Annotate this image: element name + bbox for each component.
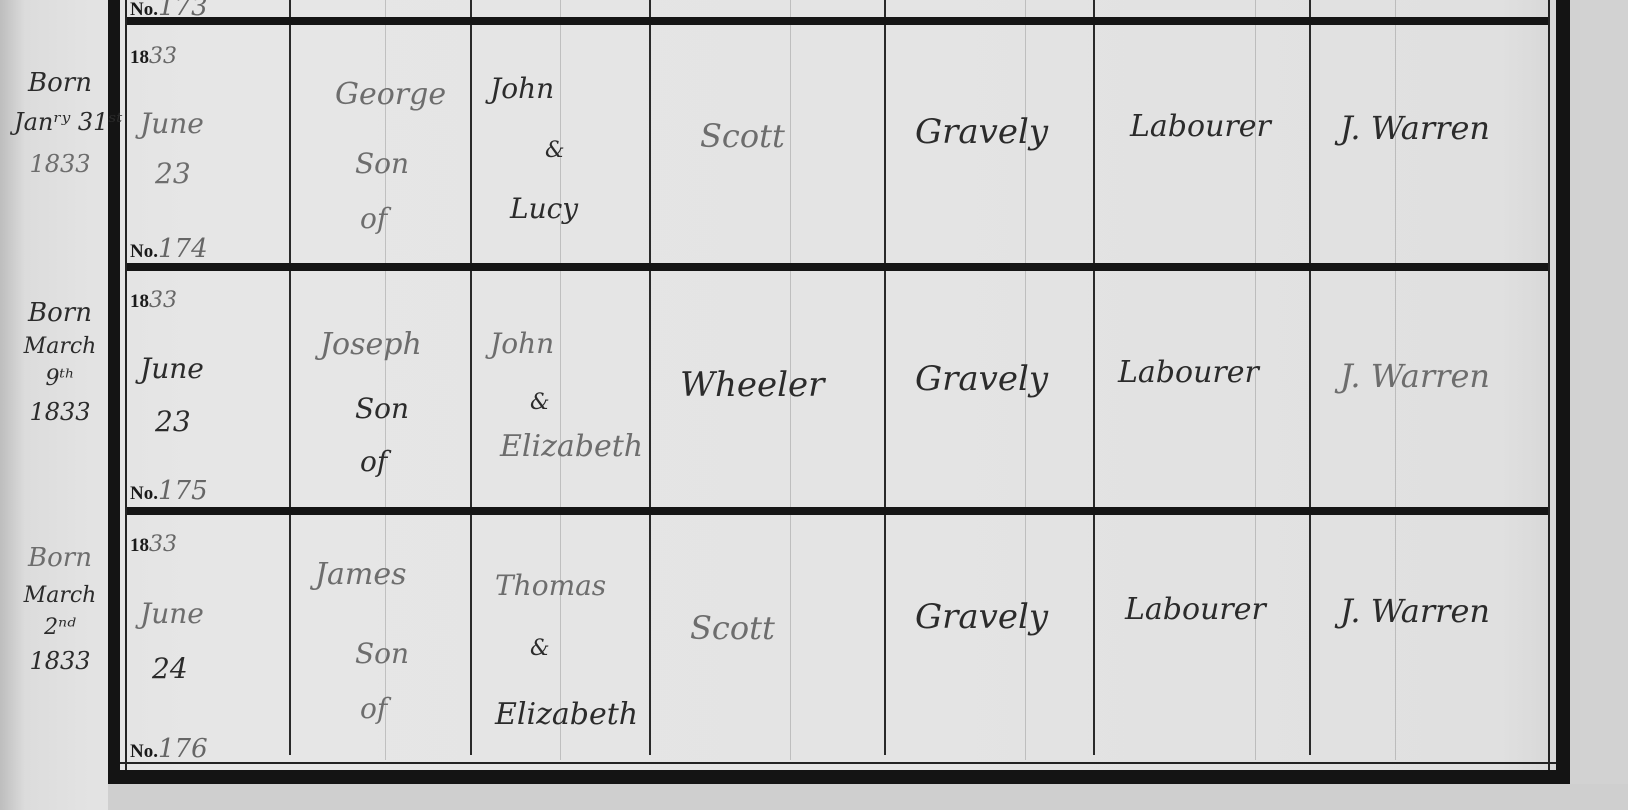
abode: Gravely (915, 115, 1048, 149)
born-label: Born (14, 300, 106, 326)
relation-son: Son (355, 395, 409, 423)
right-margin (1570, 0, 1628, 810)
birth-month: March (14, 585, 106, 607)
column-divider (1309, 0, 1311, 755)
officiant: J. Warren (1340, 595, 1490, 627)
and-mark: & (530, 392, 550, 414)
child-name: George (335, 80, 446, 110)
relation-of: of (360, 695, 387, 723)
officiant: J. Warren (1340, 112, 1490, 144)
father-name: John (490, 330, 554, 358)
page-edge (108, 784, 1628, 810)
baptism-month: June (140, 600, 204, 628)
relation-son: Son (355, 150, 409, 178)
baptism-day: 23 (155, 160, 191, 188)
mother-name: Lucy (510, 195, 578, 223)
and-mark: & (530, 638, 550, 660)
abode: Gravely (915, 362, 1048, 396)
baptism-day: 23 (155, 408, 191, 436)
occupation: Labourer (1130, 112, 1271, 142)
entry-number-cell: No.176 (130, 734, 208, 764)
baptism-day: 24 (152, 655, 188, 683)
column-divider (289, 0, 291, 755)
right-border-thin (1548, 0, 1550, 770)
margin-birth-note: Born Janʳʸ 31ˢᵗ 1833 (14, 70, 106, 186)
year-cell: 1833 (130, 288, 177, 313)
birth-day: 9ᵗʰ (14, 368, 106, 390)
row-separator (127, 17, 1548, 25)
row-separator (127, 507, 1548, 515)
margin-birth-note: Born March 9ᵗʰ 1833 (14, 300, 106, 434)
birth-date: Janʳʸ 31ˢᵗ (14, 110, 106, 134)
left-border-thin (125, 0, 127, 770)
father-name: John (490, 75, 554, 103)
entry-number-cell: No.174 (130, 234, 208, 264)
entry-number-cell: No.175 (130, 476, 208, 506)
row-separator (127, 263, 1548, 271)
surname: Scott (700, 120, 785, 152)
bottom-border-thin (120, 762, 1556, 764)
relation-of: of (360, 448, 387, 476)
born-label: Born (14, 70, 106, 96)
baptism-month: June (140, 110, 204, 138)
margin-birth-note: Born March 2ⁿᵈ 1833 (14, 545, 106, 683)
birth-year: 1833 (14, 400, 106, 424)
mother-name: Elizabeth (495, 700, 638, 730)
column-divider (884, 0, 886, 755)
born-label: Born (14, 545, 106, 571)
child-name: James (315, 560, 407, 590)
abode: Gravely (915, 600, 1048, 634)
officiant: J. Warren (1340, 360, 1490, 392)
occupation: Labourer (1125, 595, 1266, 625)
relation-son: Son (355, 640, 409, 668)
right-border-thick (1556, 0, 1570, 810)
mother-name: Elizabeth (500, 432, 643, 462)
register-page: No.173 Born Janʳʸ 31ˢᵗ 1833 1833 June 23… (0, 0, 1628, 810)
birth-month: March (14, 336, 106, 358)
year-cell: 1833 (130, 532, 177, 557)
relation-of: of (360, 205, 387, 233)
birth-year: 1833 (14, 649, 106, 673)
surname: Wheeler (680, 368, 824, 402)
bottom-border-thick (108, 770, 1570, 784)
column-divider (1093, 0, 1095, 755)
guide-line (560, 0, 561, 760)
father-name: Thomas (495, 572, 606, 600)
child-name: Joseph (320, 330, 422, 360)
birth-day: 2ⁿᵈ (14, 617, 106, 639)
column-divider (470, 0, 472, 755)
year-cell: 1833 (130, 44, 177, 69)
column-divider (649, 0, 651, 755)
birth-year: 1833 (14, 152, 106, 176)
baptism-month: June (140, 355, 204, 383)
and-mark: & (545, 140, 565, 162)
surname: Scott (690, 612, 775, 644)
occupation: Labourer (1118, 358, 1259, 388)
